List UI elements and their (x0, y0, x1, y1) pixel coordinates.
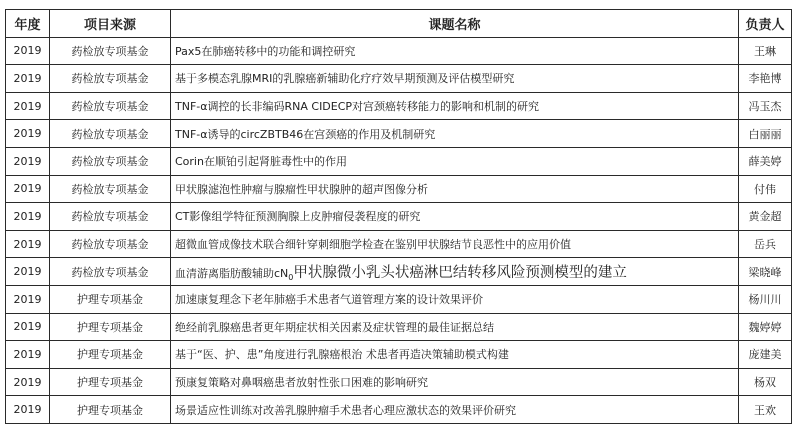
owner-cell: 薛美婷 (739, 147, 792, 175)
source-cell: 药检放专项基金 (50, 147, 171, 175)
owner-cell: 梁晓峰 (739, 258, 792, 286)
table-row: 2019药检放专项基金Pax5在肺癌转移中的功能和调控研究王琳 (6, 37, 792, 65)
table-row: 2019药检放专项基金TNF-α调控的长非编码RNA CIDECP对宫颈癌转移能… (6, 92, 792, 120)
table-row: 2019护理专项基金场景适应性训练对改善乳腺肿瘤手术患者心理应激状态的效果评价研… (6, 396, 792, 424)
year-cell: 2019 (6, 37, 50, 65)
owner-cell: 魏婷婷 (739, 313, 792, 341)
title-cell: 血清游离脂肪酸辅助cN0甲状腺微小乳头状癌淋巴结转移风险预测模型的建立 (171, 258, 739, 286)
table-row: 2019护理专项基金加速康复理念下老年肺癌手术患者气道管理方案的设计效果评价杨川… (6, 285, 792, 313)
owner-cell: 庞建美 (739, 341, 792, 369)
source-cell: 药检放专项基金 (50, 92, 171, 120)
source-cell: 药检放专项基金 (50, 203, 171, 231)
source-cell: 护理专项基金 (50, 368, 171, 396)
table-row: 2019护理专项基金基于“医、护、患”角度进行乳腺癌根治 术患者再造决策辅助模式… (6, 341, 792, 369)
title-cell: TNF-α诱导的circZBTB46在宫颈癌的作用及机制研究 (171, 120, 739, 148)
source-cell: 药检放专项基金 (50, 65, 171, 93)
table-row: 2019药检放专项基金甲状腺滤泡性肿瘤与腺瘤性甲状腺肿的超声图像分析付伟 (6, 175, 792, 203)
year-cell: 2019 (6, 258, 50, 286)
year-cell: 2019 (6, 396, 50, 424)
owner-cell: 王琳 (739, 37, 792, 65)
title-cell: 基于多模态乳腺MRI的乳腺癌新辅助化疗疗效早期预测及评估模型研究 (171, 65, 739, 93)
owner-cell: 岳兵 (739, 230, 792, 258)
table-row: 2019护理专项基金绝经前乳腺癌患者更年期症状相关因素及症状管理的最佳证据总结魏… (6, 313, 792, 341)
year-cell: 2019 (6, 341, 50, 369)
table-row: 2019药检放专项基金TNF-α诱导的circZBTB46在宫颈癌的作用及机制研… (6, 120, 792, 148)
year-cell: 2019 (6, 92, 50, 120)
owner-cell: 付伟 (739, 175, 792, 203)
source-cell: 护理专项基金 (50, 396, 171, 424)
title-prefix: 血清游离脂肪酸辅助cN (175, 267, 288, 280)
title-cell: TNF-α调控的长非编码RNA CIDECP对宫颈癌转移能力的影响和机制的研究 (171, 92, 739, 120)
title-cell: Pax5在肺癌转移中的功能和调控研究 (171, 37, 739, 65)
owner-cell: 李艳博 (739, 65, 792, 93)
table-row: 2019药检放专项基金CT影像组学特征预测胸腺上皮肿瘤侵袭程度的研究黄金超 (6, 203, 792, 231)
table-row: 2019护理专项基金预康复策略对鼻咽癌患者放射性张口困难的影响研究杨双 (6, 368, 792, 396)
title-cell: 加速康复理念下老年肺癌手术患者气道管理方案的设计效果评价 (171, 285, 739, 313)
year-cell: 2019 (6, 147, 50, 175)
owner-cell: 王欢 (739, 396, 792, 424)
owner-cell: 杨双 (739, 368, 792, 396)
header-year: 年度 (6, 10, 50, 38)
source-cell: 药检放专项基金 (50, 175, 171, 203)
year-cell: 2019 (6, 175, 50, 203)
table-row: 2019药检放专项基金超微血管成像技术联合细针穿刺细胞学检查在鉴别甲状腺结节良恶… (6, 230, 792, 258)
title-cell: 基于“医、护、患”角度进行乳腺癌根治 术患者再造决策辅助模式构建 (171, 341, 739, 369)
source-cell: 药检放专项基金 (50, 258, 171, 286)
owner-cell: 黄金超 (739, 203, 792, 231)
source-cell: 护理专项基金 (50, 341, 171, 369)
header-owner: 负责人 (739, 10, 792, 38)
source-cell: 药检放专项基金 (50, 37, 171, 65)
research-projects-table: 年度 项目来源 课题名称 负责人 2019药检放专项基金Pax5在肺癌转移中的功… (5, 9, 792, 424)
source-cell: 药检放专项基金 (50, 120, 171, 148)
title-cell: 超微血管成像技术联合细针穿刺细胞学检查在鉴别甲状腺结节良恶性中的应用价值 (171, 230, 739, 258)
title-cell: 甲状腺滤泡性肿瘤与腺瘤性甲状腺肿的超声图像分析 (171, 175, 739, 203)
header-source: 项目来源 (50, 10, 171, 38)
owner-cell: 冯玉杰 (739, 92, 792, 120)
year-cell: 2019 (6, 230, 50, 258)
year-cell: 2019 (6, 203, 50, 231)
title-suffix: 甲状腺微小乳头状癌淋巴结转移风险预测模型的建立 (293, 265, 627, 281)
header-row: 年度 项目来源 课题名称 负责人 (6, 10, 792, 38)
year-cell: 2019 (6, 313, 50, 341)
source-cell: 护理专项基金 (50, 285, 171, 313)
owner-cell: 白丽丽 (739, 120, 792, 148)
table-row: 2019药检放专项基金Corin在顺铂引起肾脏毒性中的作用薛美婷 (6, 147, 792, 175)
title-cell: 场景适应性训练对改善乳腺肿瘤手术患者心理应激状态的效果评价研究 (171, 396, 739, 424)
source-cell: 药检放专项基金 (50, 230, 171, 258)
table-row: 2019药检放专项基金血清游离脂肪酸辅助cN0甲状腺微小乳头状癌淋巴结转移风险预… (6, 258, 792, 286)
title-cell: Corin在顺铂引起肾脏毒性中的作用 (171, 147, 739, 175)
table-row: 2019药检放专项基金基于多模态乳腺MRI的乳腺癌新辅助化疗疗效早期预测及评估模… (6, 65, 792, 93)
year-cell: 2019 (6, 368, 50, 396)
year-cell: 2019 (6, 285, 50, 313)
title-cell: 绝经前乳腺癌患者更年期症状相关因素及症状管理的最佳证据总结 (171, 313, 739, 341)
year-cell: 2019 (6, 65, 50, 93)
source-cell: 护理专项基金 (50, 313, 171, 341)
title-cell: 预康复策略对鼻咽癌患者放射性张口困难的影响研究 (171, 368, 739, 396)
header-title: 课题名称 (171, 10, 739, 38)
owner-cell: 杨川川 (739, 285, 792, 313)
title-cell: CT影像组学特征预测胸腺上皮肿瘤侵袭程度的研究 (171, 203, 739, 231)
year-cell: 2019 (6, 120, 50, 148)
